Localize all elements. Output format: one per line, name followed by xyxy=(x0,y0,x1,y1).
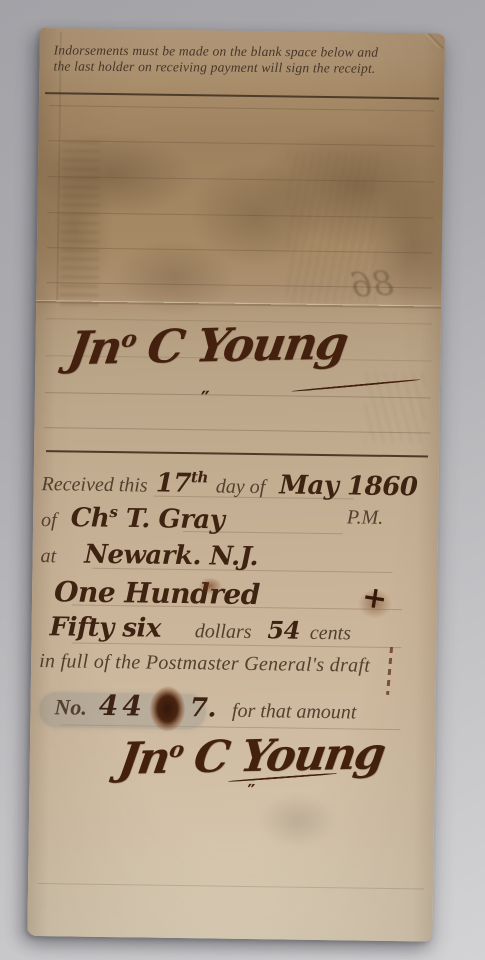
receipt-line-place: at Newark. N.J. xyxy=(40,539,430,574)
endorsement-signature: Jno C Young xyxy=(65,316,351,376)
printed-at: at xyxy=(40,545,56,568)
ruled-line xyxy=(47,247,433,253)
day-value: 17 xyxy=(156,468,192,498)
printed-for-that-amount: for that amount xyxy=(232,700,357,725)
receipt-line-in-full: in full of the Postmaster General's draf… xyxy=(39,650,429,678)
ink-stain xyxy=(198,577,222,594)
endorsement-signature-block: Jno C Young xyxy=(69,316,430,375)
handwritten-cents-value: 54 xyxy=(267,615,300,644)
signature-text: Jn xyxy=(115,733,172,785)
day-suffix: th xyxy=(191,468,208,486)
signature-text: C Young xyxy=(177,728,387,783)
handwritten-amount-words-2: Fifty six xyxy=(49,612,161,644)
handwritten-payer: Chs T. Gray xyxy=(71,502,225,535)
bleedthrough-digits: 86 xyxy=(349,263,394,305)
receipt-line-date: Received this 17th day of May 1860 xyxy=(41,466,431,502)
ditto-mark: ″ xyxy=(247,781,255,802)
draft-number-last: 7. xyxy=(190,693,217,723)
ruled-line xyxy=(38,883,424,889)
photo-background: { "instruction": { "line1": "Indorsement… xyxy=(0,0,485,960)
draft-number-first: 44 xyxy=(99,689,146,723)
handwritten-ampersand-mark: + xyxy=(360,579,390,617)
signature-flourish xyxy=(291,379,421,393)
ruled-line xyxy=(45,392,431,398)
ruled-line xyxy=(49,105,435,111)
ruled-line xyxy=(45,92,439,100)
ruled-line xyxy=(47,212,433,218)
payer-text: Ch xyxy=(71,503,110,534)
ditto-mark: ″ xyxy=(201,386,210,410)
printed-cents: cents xyxy=(310,622,351,646)
printed-received-this: Received this xyxy=(41,473,147,497)
printed-pm: P.M. xyxy=(347,506,384,530)
handwritten-day: 17th xyxy=(156,468,209,499)
signature-text: C Young xyxy=(130,316,351,374)
handwritten-place: Newark. N.J. xyxy=(84,540,258,572)
receipt-line-draft-number: No. 44 7. for that amount xyxy=(38,688,428,726)
signature-text: Jn xyxy=(65,320,125,375)
ruled-line xyxy=(48,176,434,182)
ruled-line xyxy=(48,140,434,146)
receipt-line-payer: of Chs T. Gray P.M. xyxy=(41,502,431,538)
printed-day-of: day of xyxy=(216,475,266,499)
printed-of: of xyxy=(41,509,57,532)
printed-no-label: No. xyxy=(54,694,87,720)
endorsement-instruction: Indorsements must be made on the blank s… xyxy=(53,43,431,78)
gray-smudge xyxy=(257,793,338,848)
printed-in-full-clause: in full of the Postmaster General's draf… xyxy=(39,650,370,678)
printed-dollars: dollars xyxy=(195,620,252,644)
section-divider-line xyxy=(46,450,428,457)
receipt-line-amount-words-2: Fifty six dollars 54 cents xyxy=(39,612,429,647)
payer-text: T. Gray xyxy=(117,504,224,535)
handwritten-amount-words-1: One Hundred xyxy=(54,575,260,611)
handwritten-month-year: May 1860 xyxy=(279,470,418,502)
receipt-signature: Jno C Young xyxy=(115,728,387,784)
receipt-document: 86 Indorsements must be made on the blan… xyxy=(27,28,445,942)
ruled-line xyxy=(44,427,430,433)
ink-blot xyxy=(149,686,186,732)
instruction-line-2: the last holder on receiving payment wil… xyxy=(53,59,431,78)
